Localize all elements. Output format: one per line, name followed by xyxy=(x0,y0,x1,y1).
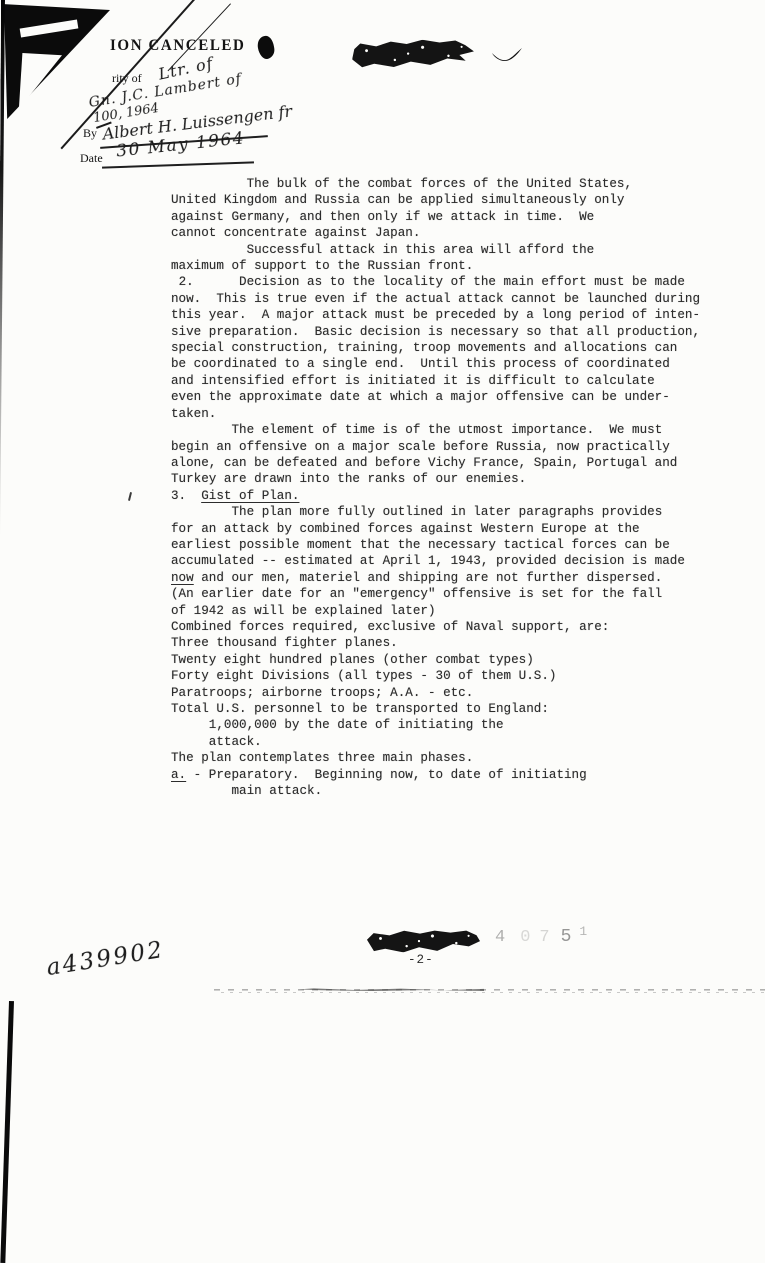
phase-a-text: - Preparatory. Beginning now, to date of… xyxy=(171,768,587,798)
plan-text-before: The plan more fully outlined in later pa… xyxy=(171,505,685,568)
paragraph-bulk-forces: The bulk of the combat forces of the Uni… xyxy=(171,176,743,242)
faint-digit: 1 xyxy=(579,924,587,939)
phase-a-label: a. xyxy=(171,768,186,782)
paragraph-combined-forces: Combined forces required, exclusive of N… xyxy=(171,619,743,635)
stamp-canceled-text: ION CANCELED xyxy=(110,37,245,55)
stamp-date-label: Date xyxy=(80,151,103,166)
faint-stamped-serial: 40751 xyxy=(495,924,587,947)
heading-title: Gist of Plan. xyxy=(201,489,299,503)
stamp-by-label: By xyxy=(83,126,97,141)
page-number: -2- xyxy=(408,953,434,967)
heading-number: 3. xyxy=(171,489,201,503)
declassification-stamp: ION CANCELED rity of Ltr. of Gn. J.C. La… xyxy=(60,30,295,180)
faint-digit: 7 xyxy=(539,928,549,947)
paragraph-plan-outline: The plan more fully outlined in later pa… xyxy=(171,504,743,619)
paragraph-phase-a: a. - Preparatory. Beginning now, to date… xyxy=(171,767,743,800)
scan-noise-dark-segment xyxy=(299,988,484,991)
plan-underlined-now: now xyxy=(171,571,194,585)
corner-white-wedge xyxy=(18,53,62,109)
redacted-classification-stamp xyxy=(352,38,475,68)
handwritten-archive-number: a439902 xyxy=(45,937,167,981)
left-margin-pen-tick xyxy=(128,492,132,501)
plan-text-after: and our men, materiel and shipping are n… xyxy=(171,571,662,618)
stamp-authority-fragment: rity of xyxy=(112,71,142,86)
check-mark-svg xyxy=(490,46,524,66)
paragraph-2-decision: 2. Decision as to the locality of the ma… xyxy=(171,274,743,422)
paragraph-element-of-time: The element of time is of the utmost imp… xyxy=(171,422,743,488)
typed-body: The bulk of the combat forces of the Uni… xyxy=(171,176,743,799)
scanned-document-page: ION CANCELED rity of Ltr. of Gn. J.C. La… xyxy=(0,0,765,1263)
bottom-left-edge-bar xyxy=(0,1001,13,1263)
forces-required-list: Three thousand fighter planes. Twenty ei… xyxy=(171,635,743,750)
check-mark-icon xyxy=(490,46,524,66)
faint-digit: 0 xyxy=(520,928,530,947)
redacted-stamp-bottom xyxy=(367,929,480,953)
paragraph-successful-attack: Successful attack in this area will affo… xyxy=(171,242,743,275)
heading-gist-of-plan: 3. Gist of Plan. xyxy=(171,488,743,504)
paragraph-three-phases: The plan contemplates three main phases. xyxy=(171,750,743,766)
faint-digit: 5 xyxy=(561,927,572,947)
scan-noise-line xyxy=(214,987,765,995)
faint-digit: 4 xyxy=(495,928,505,947)
ink-blob xyxy=(256,35,276,60)
date-underline xyxy=(102,161,254,168)
